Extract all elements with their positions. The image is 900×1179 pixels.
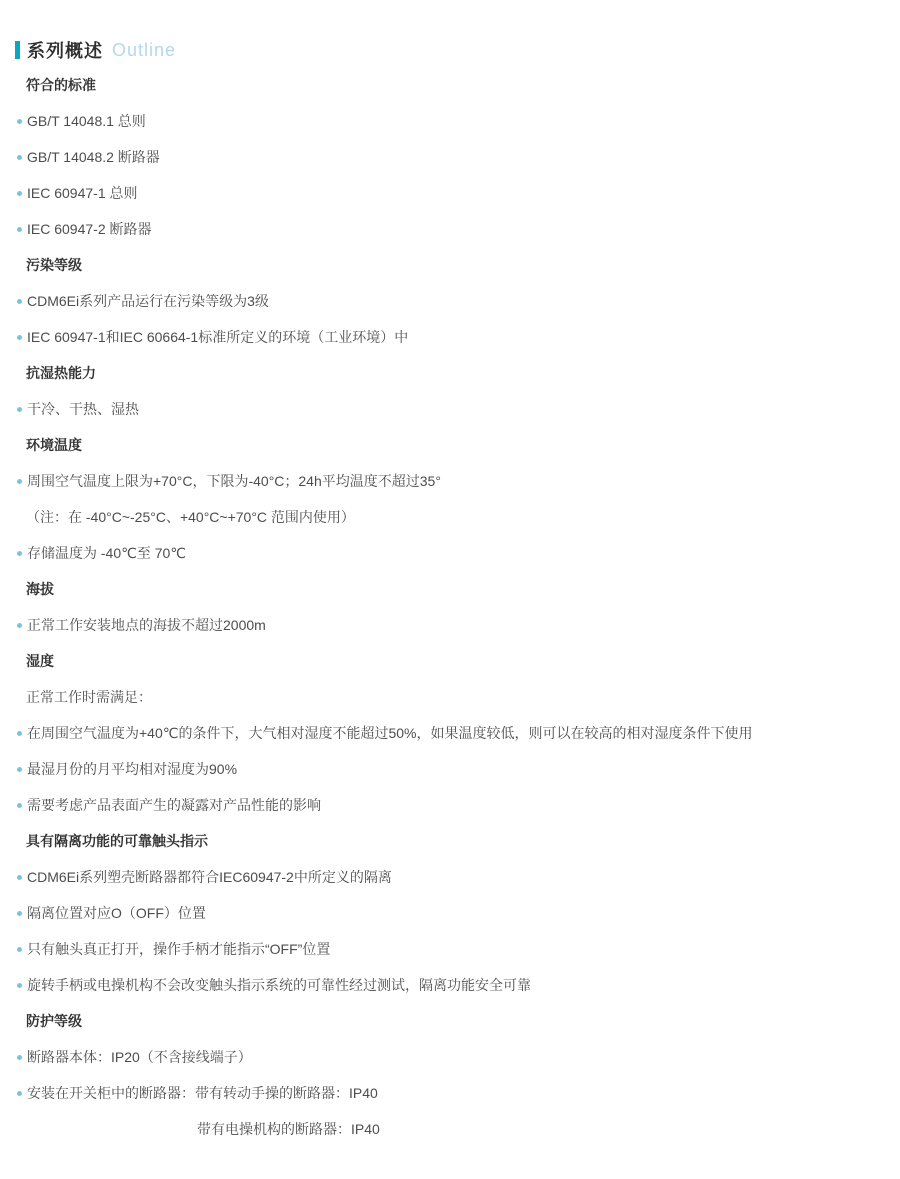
list-item-text: GB/T 14048.1 总则 (27, 111, 146, 131)
list-item-text: 在周围空气温度为+40℃的条件下，大气相对湿度不能超过50%，如果温度较低，则可… (27, 723, 753, 743)
list-item-text: 需要考虑产品表面产生的凝露对产品性能的影响 (27, 795, 321, 815)
section-heading: 具有隔离功能的可靠触头指示 (0, 823, 900, 859)
list-item-text: 正常工作安装地点的海拔不超过2000m (27, 615, 266, 635)
list-item-text: 最湿月份的月平均相对湿度为90% (27, 759, 237, 779)
section-heading-text: 污染等级 (26, 255, 82, 275)
list-item-text: IEC 60947-1 总则 (27, 183, 138, 203)
bullet-icon (17, 407, 22, 412)
bullet-icon (17, 947, 22, 952)
bullet-icon (17, 983, 22, 988)
list-item: 隔离位置对应O（OFF）位置 (0, 895, 900, 931)
section-heading: 符合的标准 (0, 67, 900, 103)
bullet-icon (17, 623, 22, 628)
note-text: （注：在 -40°C~-25°C、+40°C~+70°C 范围内使用） (26, 507, 355, 527)
list-item: GB/T 14048.1 总则 (0, 103, 900, 139)
list-item: 只有触头真正打开，操作手柄才能指示“OFF”位置 (0, 931, 900, 967)
bullet-icon (17, 119, 22, 124)
bullet-icon (17, 551, 22, 556)
note-line: （注：在 -40°C~-25°C、+40°C~+70°C 范围内使用） (0, 499, 900, 535)
section-heading: 环境温度 (0, 427, 900, 463)
list-item: CDM6Ei系列产品运行在污染等级为3级 (0, 283, 900, 319)
list-item-text: 干冷、干热、湿热 (27, 399, 139, 419)
section-heading: 防护等级 (0, 1003, 900, 1039)
section-heading: 湿度 (0, 643, 900, 679)
list-item-text: 周围空气温度上限为+70°C，下限为-40°C；24h平均温度不超过35° (27, 471, 441, 491)
continuation-line: 带有电操机构的断路器：IP40 (0, 1111, 900, 1147)
continuation-text: 带有电操机构的断路器：IP40 (197, 1119, 380, 1139)
section-heading: 海拔 (0, 571, 900, 607)
title-accent-bar (15, 41, 20, 59)
bullet-icon (17, 479, 22, 484)
list-item-text: 只有触头真正打开，操作手柄才能指示“OFF”位置 (27, 939, 330, 959)
list-item-text: 安装在开关柜中的断路器：带有转动手操的断路器：IP40 (27, 1083, 378, 1103)
list-item-text: IEC 60947-1和IEC 60664-1标准所定义的环境（工业环境）中 (27, 327, 408, 347)
list-item-text: 存储温度为 -40℃至 70℃ (27, 543, 186, 563)
bullet-icon (17, 299, 22, 304)
list-item: 正常工作安装地点的海拔不超过2000m (0, 607, 900, 643)
bullet-icon (17, 875, 22, 880)
bullet-icon (17, 335, 22, 340)
bullet-icon (17, 803, 22, 808)
section-heading-text: 符合的标准 (26, 75, 96, 95)
list-item: IEC 60947-1和IEC 60664-1标准所定义的环境（工业环境）中 (0, 319, 900, 355)
document-page: 系列概述 Outline 符合的标准 GB/T 14048.1 总则 GB/T … (0, 0, 900, 1179)
section-heading-text: 具有隔离功能的可靠触头指示 (26, 831, 208, 851)
list-item: 安装在开关柜中的断路器：带有转动手操的断路器：IP40 (0, 1075, 900, 1111)
list-item: IEC 60947-2 断路器 (0, 211, 900, 247)
bullet-icon (17, 155, 22, 160)
content-list: 符合的标准 GB/T 14048.1 总则 GB/T 14048.2 断路器 I… (0, 67, 900, 1147)
page-title-en: Outline (112, 40, 176, 61)
list-item-text: IEC 60947-2 断路器 (27, 219, 152, 239)
section-heading: 抗湿热能力 (0, 355, 900, 391)
intro-line: 正常工作时需满足： (0, 679, 900, 715)
bullet-icon (17, 911, 22, 916)
section-heading-text: 海拔 (26, 579, 54, 599)
list-item-text: 隔离位置对应O（OFF）位置 (27, 903, 206, 923)
list-item-text: 断路器本体：IP20（不含接线端子） (27, 1047, 252, 1067)
list-item: 需要考虑产品表面产生的凝露对产品性能的影响 (0, 787, 900, 823)
list-item: 存储温度为 -40℃至 70℃ (0, 535, 900, 571)
intro-text: 正常工作时需满足： (26, 687, 152, 707)
list-item: 最湿月份的月平均相对湿度为90% (0, 751, 900, 787)
bullet-icon (17, 227, 22, 232)
list-item: CDM6Ei系列塑壳断路器都符合IEC60947-2中所定义的隔离 (0, 859, 900, 895)
bullet-icon (17, 1091, 22, 1096)
list-item: IEC 60947-1 总则 (0, 175, 900, 211)
list-item-text: CDM6Ei系列产品运行在污染等级为3级 (27, 291, 269, 311)
section-heading-text: 湿度 (26, 651, 54, 671)
list-item: 周围空气温度上限为+70°C，下限为-40°C；24h平均温度不超过35° (0, 463, 900, 499)
section-heading-text: 环境温度 (26, 435, 82, 455)
bullet-icon (17, 767, 22, 772)
bullet-icon (17, 191, 22, 196)
list-item: GB/T 14048.2 断路器 (0, 139, 900, 175)
section-heading: 污染等级 (0, 247, 900, 283)
section-heading-text: 抗湿热能力 (26, 363, 96, 383)
list-item-text: 旋转手柄或电操机构不会改变触头指示系统的可靠性经过测试，隔离功能安全可靠 (27, 975, 531, 995)
list-item: 断路器本体：IP20（不含接线端子） (0, 1039, 900, 1075)
page-title-zh: 系列概述 (27, 37, 103, 63)
bullet-icon (17, 1055, 22, 1060)
list-item-text: GB/T 14048.2 断路器 (27, 147, 160, 167)
list-item: 干冷、干热、湿热 (0, 391, 900, 427)
page-title: 系列概述 Outline (0, 0, 900, 60)
list-item: 旋转手柄或电操机构不会改变触头指示系统的可靠性经过测试，隔离功能安全可靠 (0, 967, 900, 1003)
list-item-text: CDM6Ei系列塑壳断路器都符合IEC60947-2中所定义的隔离 (27, 867, 392, 887)
section-heading-text: 防护等级 (26, 1011, 82, 1031)
bullet-icon (17, 731, 22, 736)
list-item: 在周围空气温度为+40℃的条件下，大气相对湿度不能超过50%，如果温度较低，则可… (0, 715, 900, 751)
